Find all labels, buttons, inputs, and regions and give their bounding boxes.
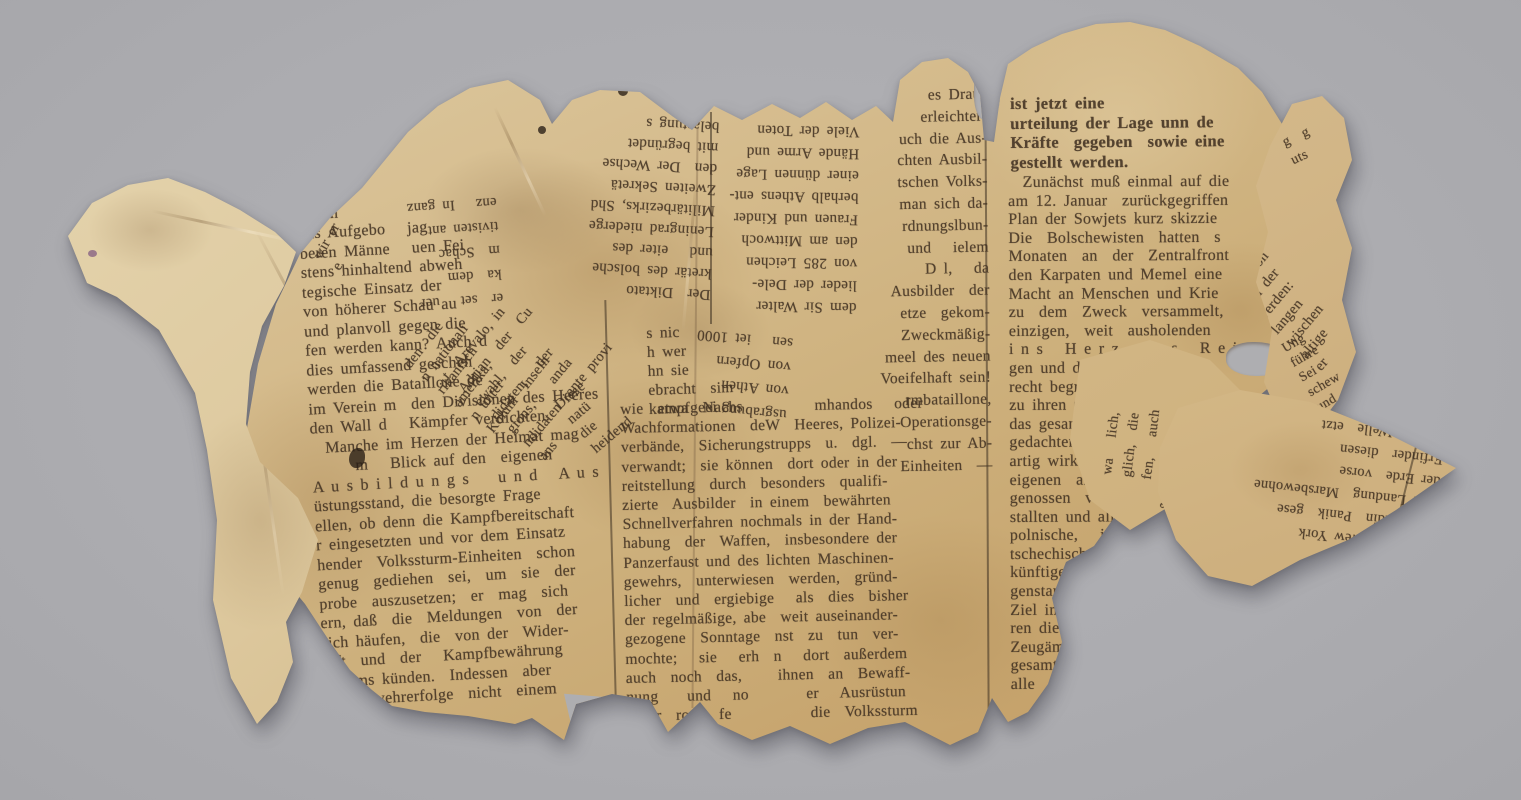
text-line: lieder der Dele- bbox=[692, 272, 857, 297]
text-line: genstandslos bbox=[1010, 581, 1310, 601]
text-line: einzigen, weit ausholenden bbox=[1009, 321, 1309, 341]
text-line: zu dem Zweck versammelt, bbox=[1009, 303, 1309, 323]
text-line: Zweckmäßig- bbox=[850, 323, 990, 347]
text-line: und ielem bbox=[849, 236, 989, 260]
text-line: Zeugämter u bbox=[1010, 637, 1310, 657]
text-line: rdnungslbun- bbox=[848, 214, 988, 238]
text-line: chten Ausbil- bbox=[847, 149, 987, 173]
text-line: uch die Aus- bbox=[847, 127, 987, 151]
text-line: dem Sir Walter bbox=[691, 294, 856, 319]
text-line: urteilung der Lage unn de bbox=[1010, 111, 1310, 133]
text-line: Die Bolschewisten hatten s bbox=[1008, 228, 1308, 248]
flipped-fragment-mars: tein einenzug uswieser Welle etztErfinde… bbox=[1162, 376, 1449, 579]
text-line: Einheiten — bbox=[852, 454, 992, 478]
text-line: D l, da bbox=[849, 258, 989, 282]
text-line: erleichtert bbox=[846, 105, 986, 129]
text-line: alle est bbox=[1011, 674, 1311, 694]
crease-line bbox=[151, 209, 298, 243]
ink-blot bbox=[538, 126, 546, 134]
text-line: etze gekom- bbox=[850, 301, 990, 325]
text-line: einer dünnen Lage bbox=[694, 162, 859, 187]
text-line: rmbataillone, bbox=[851, 389, 991, 413]
middle-column-line-endings: es Drauferleichtertuch die Aus-chten Aus… bbox=[846, 84, 993, 479]
text-line: Operationsge- bbox=[852, 410, 992, 434]
text-line: gesamten bbox=[1011, 656, 1311, 676]
text-line: Frauen und Kinder bbox=[693, 206, 858, 231]
text-line: Voeifelhaft sein! bbox=[851, 367, 991, 391]
text-line: von 285 Leichen bbox=[692, 250, 857, 275]
text-line: Viele der Toten bbox=[694, 118, 859, 143]
purple-mark bbox=[88, 250, 97, 257]
text-line: ren die Kase bbox=[1010, 619, 1310, 639]
torn-hole bbox=[974, 60, 1000, 120]
text-line: Ausbilder der bbox=[849, 280, 989, 304]
diagonal-fragment-edge-bits: g guts bbox=[1279, 109, 1350, 171]
text-line: meel des neuen bbox=[851, 345, 991, 369]
text-line: den am Mittwoch bbox=[692, 228, 857, 253]
text-line: Ziel im erst bbox=[1010, 600, 1310, 620]
text-line: Kräfte gegeben sowie eine bbox=[1010, 130, 1310, 152]
text-line: tschen Volks- bbox=[848, 171, 988, 195]
photo-background: Ostensündendas Aufgebo jagberen Männe ue… bbox=[0, 0, 1521, 800]
text-line: Hände Arme und bbox=[694, 140, 859, 165]
text-line: man sich da- bbox=[848, 193, 988, 217]
text-line: es Drauf bbox=[846, 84, 986, 108]
newspaper-fragment: Ostensündendas Aufgebo jagberen Männe ue… bbox=[0, 0, 1521, 800]
text-line: ist jetzt eine bbox=[1010, 91, 1310, 113]
ink-blot bbox=[618, 86, 628, 96]
text-line: chst zur Ab- bbox=[852, 432, 992, 456]
text-line: berhalb Athens ent- bbox=[693, 184, 858, 209]
flipped-fragment-athens: Viele der TotenHände Arme undeiner dünne… bbox=[691, 118, 859, 319]
